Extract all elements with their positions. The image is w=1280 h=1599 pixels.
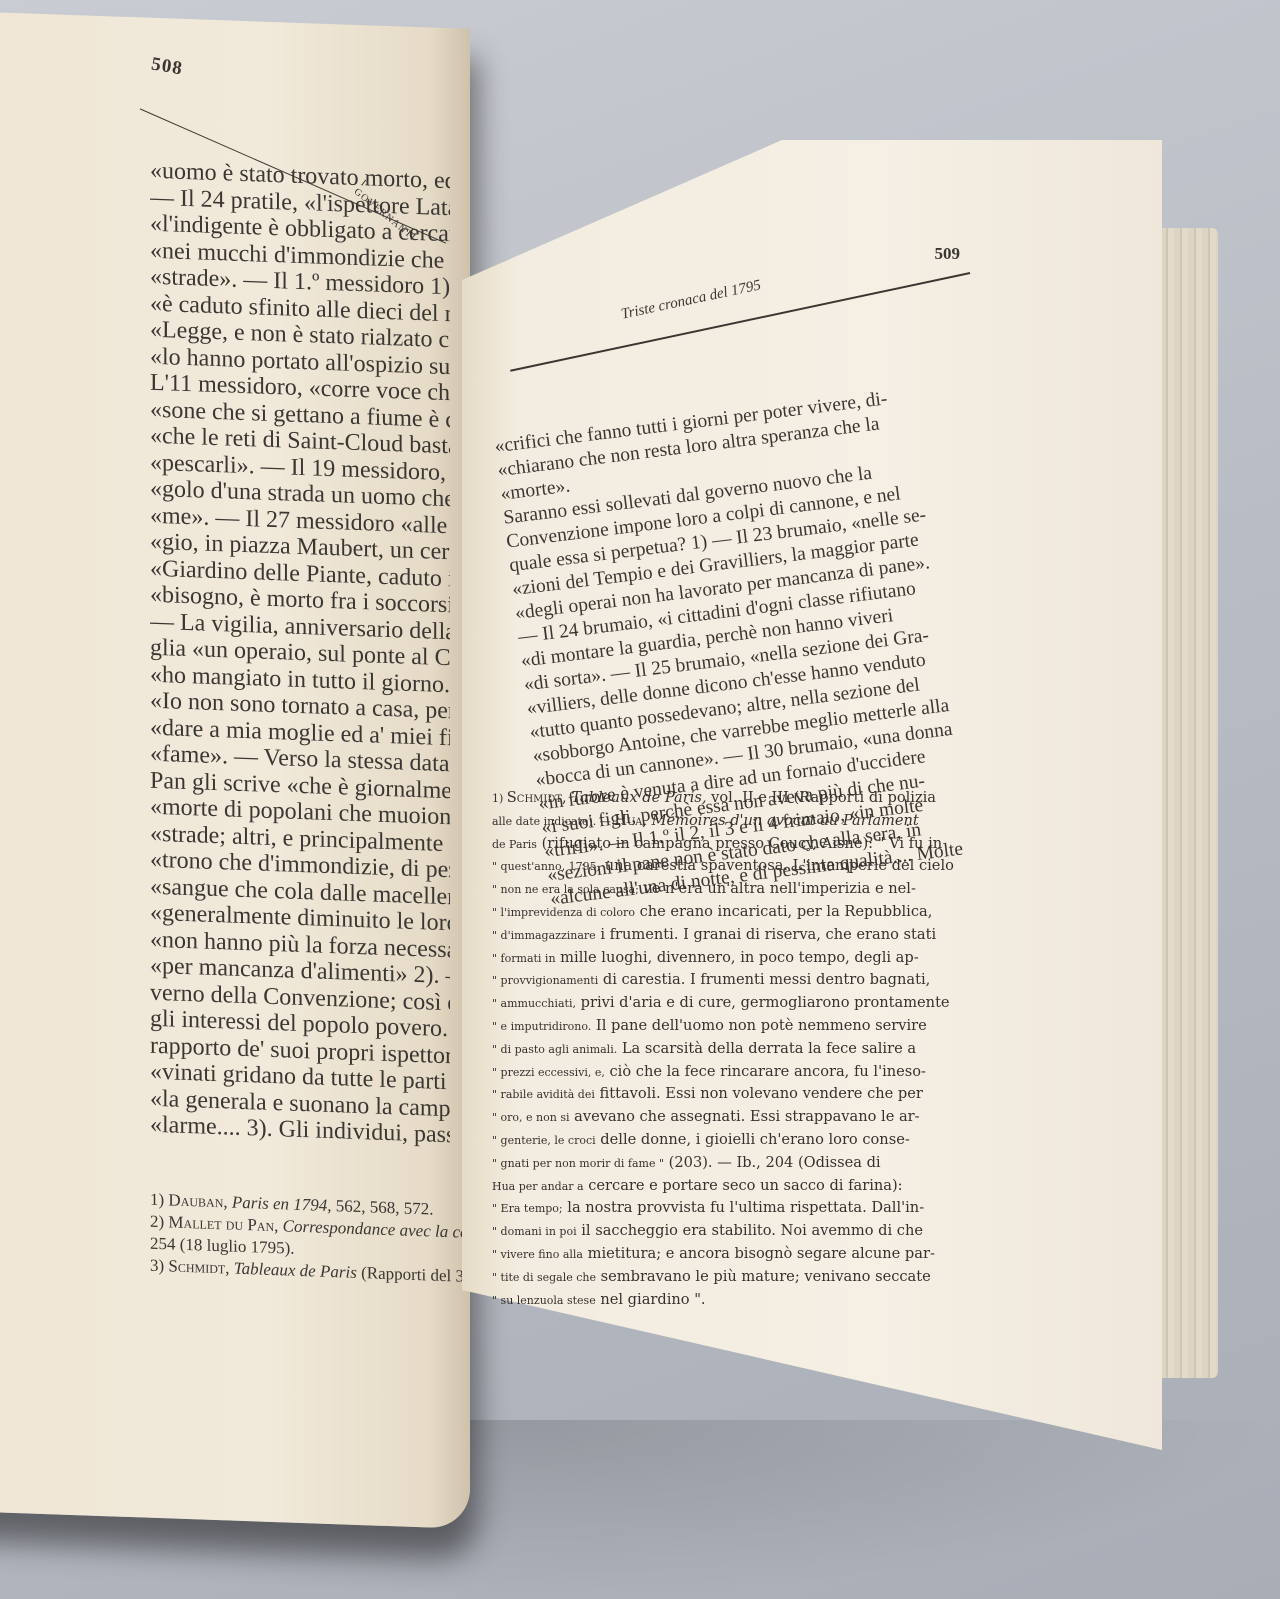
footnote-lead: " tite di segale che <box>492 1271 596 1284</box>
footnote-lead: " formati in <box>492 952 556 965</box>
footnote-title: Mémoires d'un avocat au Parlament <box>647 812 919 829</box>
footnote-text: di carestia. I frumenti messi dentro bag… <box>598 971 930 988</box>
footnote-title: Paris en 1794, <box>232 1192 332 1214</box>
footnote-lead: " provvigionamenti <box>492 974 598 987</box>
footnote-text: (rifugiato in campagna presso Coucy, Ais… <box>537 835 942 852</box>
footnote-line: " d'immagazzinare i frumenti. I granai d… <box>492 924 952 947</box>
footnote-line: " di pasto agli animali. La scarsità del… <box>492 1038 952 1061</box>
footnote-author: Mallet du Pan, <box>168 1212 282 1235</box>
footnote-text: 254 (18 luglio 1795). <box>150 1233 295 1257</box>
footnote-lead: de Paris <box>492 838 537 851</box>
footnote-text: cercare e portare seco un sacco di farin… <box>584 1177 903 1194</box>
footnote-line: " rabile avidità dei fittavoli. Essi non… <box>492 1083 952 1106</box>
footnote-text: ve n'era un'altra nell'imperizia e nel- <box>639 880 916 897</box>
footnote-lead: " l'imprevidenza di coloro <box>492 906 635 919</box>
footnote-lead: " ammucchiati, <box>492 997 576 1010</box>
footnote-text: (Rapporti del 3 fruttidoro...) <box>357 1262 470 1287</box>
footnote-line: " vivere fino alla mietitura; e ancora b… <box>492 1243 952 1266</box>
footnote-text: (203). — Ib., 204 (Odissea di <box>664 1154 881 1171</box>
footnote-title: Tableaux de Paris <box>234 1258 357 1281</box>
footnote-text: Il pane dell'uomo non potè nemmeno servi… <box>591 1017 927 1034</box>
footnote-text: 562, 568, 572. <box>332 1196 434 1219</box>
footnote-lead: " genterie, le croci <box>492 1134 596 1147</box>
footnote-lead: " su lenzuola stese <box>492 1294 596 1307</box>
footnote-lead: " vivere fino alla <box>492 1248 583 1261</box>
footnote-line: " tite di segale che sembravano le più m… <box>492 1266 952 1289</box>
footnote-text: avevano che assegnati. Essi strappavano … <box>570 1108 920 1125</box>
footnote-text: la nostra provvista fu l'ultima rispetta… <box>563 1199 924 1216</box>
footnote-lead: " Era tempo; <box>492 1202 563 1215</box>
footnote-line: " oro, e non si avevano che assegnati. E… <box>492 1106 952 1129</box>
right-page-number: 509 <box>935 244 961 264</box>
footnote-line: " non ne era la sola causa; ve n'era un'… <box>492 878 952 901</box>
footnote-text: mille luoghi, divennero, in poco tempo, … <box>556 949 919 966</box>
footnote-lead: " e imputridirono. <box>492 1020 591 1033</box>
footnote-line: de Paris (rifugiato in campagna presso C… <box>492 833 952 856</box>
footnote-lead: " non ne era la sola causa; <box>492 883 639 896</box>
footnote-text: i frumenti. I granai di riserva, che era… <box>596 926 936 943</box>
footnote-line: " prezzi eccessivi, e, ciò che la fece r… <box>492 1061 952 1084</box>
footnote-line: " domani in poi il saccheggio era stabil… <box>492 1220 952 1243</box>
right-footnote: 1) Schmidt, Tableaux de Paris, vol. II e… <box>492 787 952 1311</box>
footnote-lead: " oro, e non si <box>492 1111 570 1124</box>
left-page: 508 I GOVERNANTI «uomo è stato trovato m… <box>0 11 470 1529</box>
footnote-line: " su lenzuola stese nel giardino ". <box>492 1289 952 1312</box>
footnote-lead: alle date indicate). — <box>492 815 614 828</box>
left-page-content: 508 I GOVERNANTI «uomo è stato trovato m… <box>150 73 430 1286</box>
left-page-number: 508 <box>150 53 430 123</box>
footnote-lead: " gnati per non morir di fame " <box>492 1157 664 1170</box>
footnote-line: " gnati per non morir di fame " (203). —… <box>492 1152 952 1175</box>
footnote-text: La scarsità della derrata la fece salire… <box>617 1040 916 1057</box>
footnote-line: " formati in mille luoghi, divennero, in… <box>492 947 952 970</box>
footnote-line: Hua per andar a cercare e portare seco u… <box>492 1175 952 1198</box>
footnote-text: vol. II e III (Rapporti di polizia <box>707 789 937 806</box>
footnote-text: privi d'aria e di cure, germogliarono pr… <box>576 994 950 1011</box>
footnote-line: " genterie, le croci delle donne, i gioi… <box>492 1129 952 1152</box>
footnote-text: che erano incaricati, per la Repubblica, <box>635 903 932 920</box>
footnote-title: Tableaux de Paris, <box>567 789 707 806</box>
footnote-text: fittavoli. Essi non volevano vendere che… <box>595 1085 923 1102</box>
footnote-lead: " prezzi eccessivi, e, <box>492 1066 605 1079</box>
footnote-line: " provvigionamenti di carestia. I frumen… <box>492 969 952 992</box>
footnote-marker: 3) <box>150 1255 168 1275</box>
left-footnotes: 1) Dauban, Paris en 1794, 562, 568, 572.… <box>150 1188 430 1286</box>
footnote-author: Schmidt, <box>507 789 567 806</box>
footnote-lead: " d'immagazzinare <box>492 929 596 942</box>
left-body-text: «uomo è stato trovato morto, ed ab-— Il … <box>150 158 430 1148</box>
footnote-lead: " di pasto agli animali. <box>492 1043 617 1056</box>
page-edges <box>1160 228 1218 1378</box>
footnote-lead: " domani in poi <box>492 1225 577 1238</box>
footnote-author: Hua, <box>614 812 647 829</box>
footnote-marker: 1) <box>150 1189 168 1209</box>
footnote-text: il saccheggio era stabilito. Noi avemmo … <box>577 1222 923 1239</box>
footnote-line: 1) Schmidt, Tableaux de Paris, vol. II e… <box>492 787 952 810</box>
footnote-marker: 2) <box>150 1211 168 1231</box>
footnote-line: alle date indicate). — Hua, Mémoires d'u… <box>492 810 952 833</box>
footnote-line: " l'imprevidenza di coloro che erano inc… <box>492 901 952 924</box>
footnote-lead: Hua per andar a <box>492 1180 584 1193</box>
footnote-line: " ammucchiati, privi d'aria e di cure, g… <box>492 992 952 1015</box>
footnote-text: sembravano le più mature; venivano secca… <box>596 1268 931 1285</box>
footnote-text: delle donne, i gioielli ch'erano loro co… <box>596 1131 910 1148</box>
photo-scene: 508 I GOVERNANTI «uomo è stato trovato m… <box>0 0 1280 1599</box>
footnote-lead: " rabile avidità dei <box>492 1088 595 1101</box>
footnote-line: " Era tempo; la nostra provvista fu l'ul… <box>492 1197 952 1220</box>
footnote-text: mietitura; e ancora bisognò segare alcun… <box>583 1245 935 1262</box>
footnote-text: ciò che la fece rincarare ancora, fu l'i… <box>605 1063 926 1080</box>
footnote-text: nel giardino ". <box>596 1291 706 1308</box>
footnote-author: Dauban, <box>168 1190 231 1211</box>
footnote-line: " quest'anno, 1795, una carestia spavent… <box>492 855 952 878</box>
footnote-author: Schmidt, <box>168 1256 233 1277</box>
footnote-line: " e imputridirono. Il pane dell'uomo non… <box>492 1015 952 1038</box>
footnote-text: una carestia spaventosa. L'intemperie de… <box>600 857 954 874</box>
footnote-lead: 1) <box>492 792 507 805</box>
footnote-lead: " quest'anno, 1795, <box>492 860 600 873</box>
